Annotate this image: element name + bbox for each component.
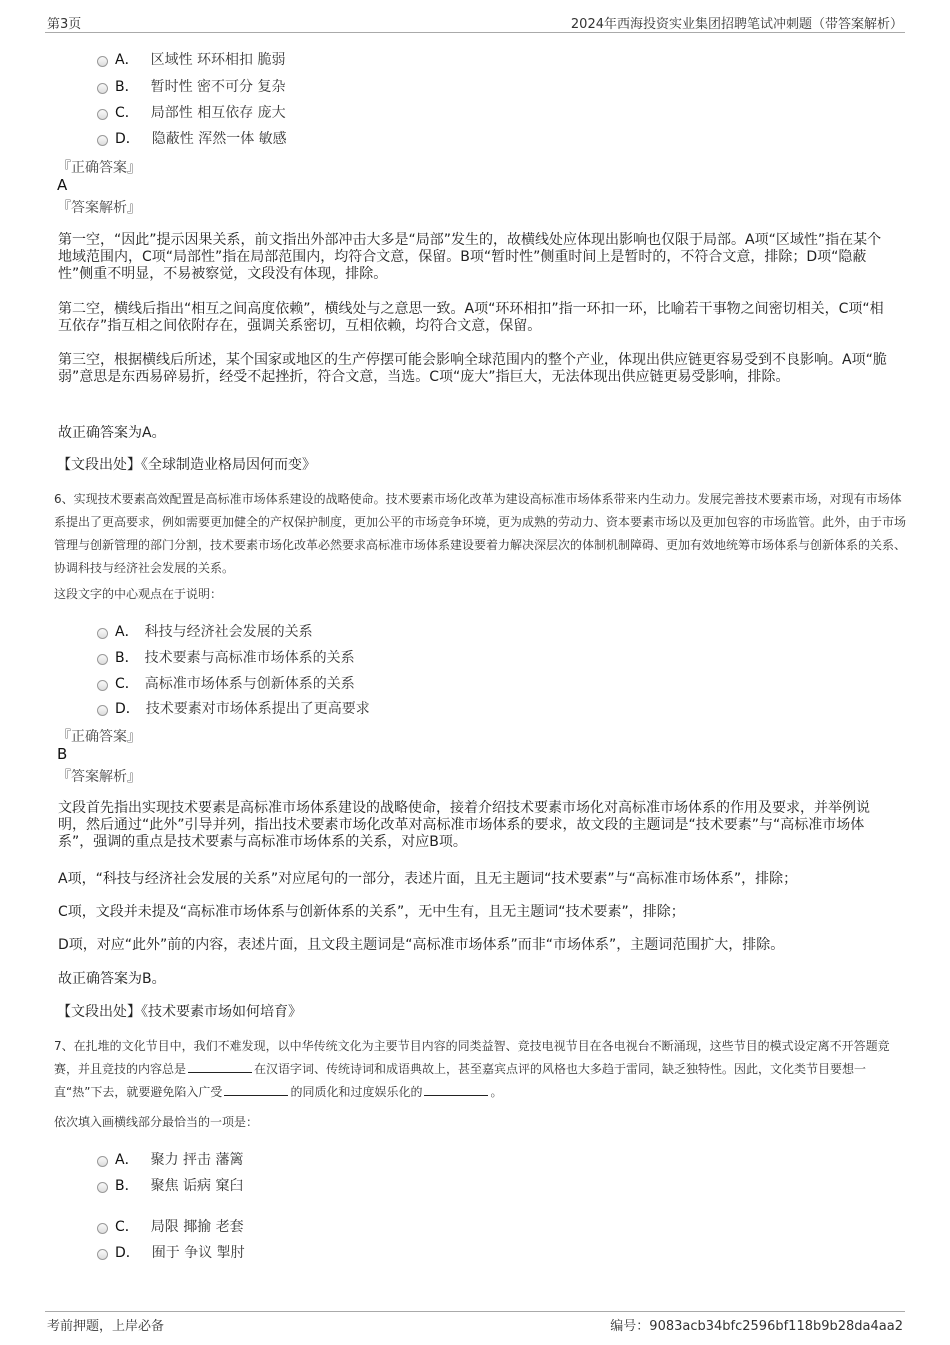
radio-icon[interactable]	[97, 83, 108, 94]
correct-answer: A	[57, 176, 67, 194]
document-id: 编号：9083acb34bfc2596bf118b9b28da4aa2	[610, 1315, 903, 1334]
analysis-paragraph: 第三空，根据横线后所述，某个国家或地区的生产停摆可能会影响全球范围内的整个产业，…	[58, 352, 888, 386]
source-citation: 【文段出处】《技术要素市场如何培育》	[57, 1004, 887, 1021]
q6-option-c[interactable]: C． 高标准市场体系与创新体系的关系	[97, 673, 355, 693]
q6-option-d[interactable]: D． 技术要素对市场体系提出了更高要求	[97, 698, 370, 718]
analysis-paragraph: 第二空，横线后指出“相互之间高度依赖”，横线处与之意思一致。A项“环环相扣”指一…	[58, 301, 888, 335]
q7-option-a[interactable]: A． 聚力 抨击 藩篱	[97, 1149, 243, 1169]
q6-option-a[interactable]: A． 科技与经济社会发展的关系	[97, 621, 313, 641]
analysis-paragraph: 文段首先指出实现技术要素是高标准市场体系建设的战略使命，接着介绍技术要素市场化对…	[58, 800, 888, 851]
analysis-conclusion: 故正确答案为B。	[58, 971, 888, 988]
radio-icon[interactable]	[97, 654, 108, 665]
radio-icon[interactable]	[97, 109, 108, 120]
footer-slogan: 考前押题，上岸必备	[47, 1315, 164, 1334]
analysis-paragraph: C项，文段并未提及“高标准市场体系与创新体系的关系”，无中生有，且无主题词“技术…	[58, 904, 888, 921]
q5-option-d[interactable]: D． 隐蔽性 浑然一体 敏感	[97, 128, 287, 148]
analysis-paragraph: D项，对应“此外”前的内容，表述片面，且文段主题词是“高标准市场体系”而非“市场…	[58, 937, 888, 954]
q5-option-b[interactable]: B． 暂时性 密不可分 复杂	[97, 76, 286, 96]
question-prompt: 依次填入画横线部分最恰当的一项是：	[54, 1111, 909, 1134]
radio-icon[interactable]	[97, 705, 108, 716]
correct-answer-label: 『正确答案』	[57, 726, 141, 746]
q7-option-b[interactable]: B． 聚焦 诟病 窠臼	[97, 1175, 244, 1195]
analysis-paragraph: A项，“科技与经济社会发展的关系”对应尾句的一部分，表述片面，且无主题词“技术要…	[58, 871, 888, 888]
correct-answer-label: 『正确答案』	[57, 157, 141, 177]
radio-icon[interactable]	[97, 1182, 108, 1193]
fill-blank-2	[224, 1083, 288, 1096]
analysis-label: 『答案解析』	[57, 766, 141, 786]
fill-blank-3	[424, 1083, 488, 1096]
radio-icon[interactable]	[97, 680, 108, 691]
radio-icon[interactable]	[97, 1156, 108, 1167]
page-header: 第3页 2024年西海投资实业集团招聘笔试冲刺题（带答案解析）	[45, 12, 905, 33]
document-title: 2024年西海投资实业集团招聘笔试冲刺题（带答案解析）	[571, 13, 903, 32]
q6-option-b[interactable]: B． 技术要素与高标准市场体系的关系	[97, 647, 355, 667]
q5-option-c[interactable]: C． 局部性 相互依存 庞大	[97, 102, 286, 122]
radio-icon[interactable]	[97, 628, 108, 639]
q7-option-c[interactable]: C． 局限 揶揄 老套	[97, 1216, 244, 1236]
q5-option-a[interactable]: A． 区域性 环环相扣 脆弱	[97, 49, 285, 69]
question-stem: 7、在扎堆的文化节目中，我们不难发现，以中华传统文化为主要节目内容的同类益智、竞…	[54, 1035, 909, 1104]
question-stem: 6、实现技术要素高效配置是高标准市场体系建设的战略使命。技术要素市场化改革为建设…	[54, 488, 909, 580]
page-number: 第3页	[47, 13, 81, 32]
radio-icon[interactable]	[97, 1223, 108, 1234]
analysis-paragraph: 第一空，“因此”提示因果关系，前文指出外部冲击大多是“局部”发生的，故横线处应体…	[58, 232, 888, 283]
radio-icon[interactable]	[97, 135, 108, 146]
page-footer: 考前押题，上岸必备 编号：9083acb34bfc2596bf118b9b28d…	[45, 1311, 905, 1332]
correct-answer: B	[57, 745, 67, 763]
radio-icon[interactable]	[97, 1249, 108, 1260]
source-citation: 【文段出处】《全球制造业格局因何而变》	[57, 457, 887, 474]
analysis-label: 『答案解析』	[57, 197, 141, 217]
question-prompt: 这段文字的中心观点在于说明：	[54, 583, 909, 606]
analysis-conclusion: 故正确答案为A。	[58, 425, 888, 442]
fill-blank-1	[188, 1060, 252, 1073]
q7-option-d[interactable]: D． 囿于 争议 掣肘	[97, 1242, 245, 1262]
radio-icon[interactable]	[97, 56, 108, 67]
